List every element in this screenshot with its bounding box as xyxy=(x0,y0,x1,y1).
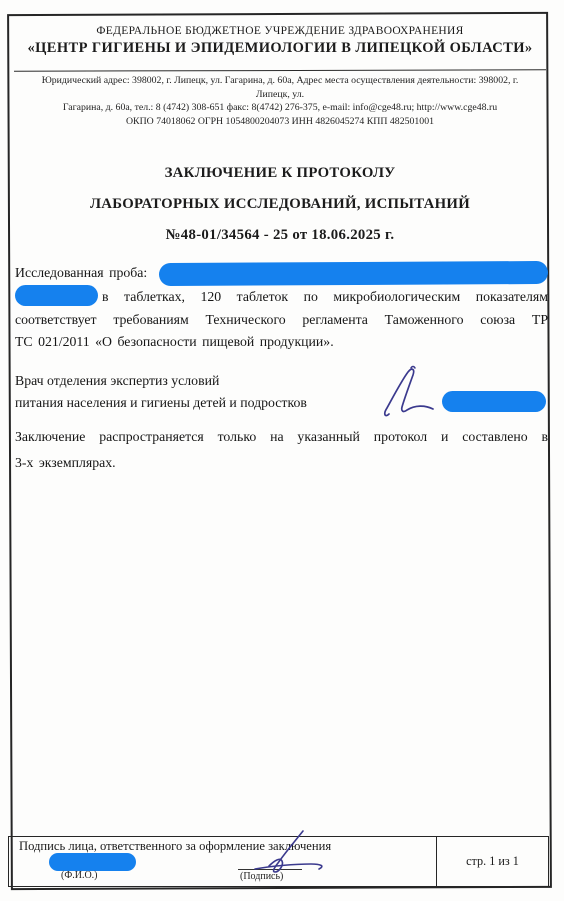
org-type-line: ФЕДЕРАЛЬНОЕ БЮДЖЕТНОЕ УЧРЕЖДЕНИЕ ЗДРАВОО… xyxy=(40,25,520,37)
doctor-paragraph: Врач отделения экспертиз условий питания… xyxy=(15,370,548,414)
sample-line-3: соответствует требованиям Технического р… xyxy=(15,309,548,332)
org-name-line: «ЦЕНТР ГИГИЕНЫ И ЭПИДЕМИОЛОГИИ В ЛИПЕЦКО… xyxy=(26,40,534,57)
title-line-2: ЛАБОРАТОРНЫХ ИССЛЕДОВАНИЙ, ИСПЫТАНИЙ xyxy=(40,189,520,220)
redaction-bar xyxy=(442,391,546,412)
document-title: ЗАКЛЮЧЕНИЕ К ПРОТОКОЛУ ЛАБОРАТОРНЫХ ИССЛ… xyxy=(40,158,520,251)
signature-mark xyxy=(247,823,331,883)
header-divider xyxy=(14,69,546,71)
address-line-2: Гагарина, д. 60а, тел.: 8 (4742) 308-651… xyxy=(24,101,536,115)
sample-line-2: в таблетках, 120 таблеток по микробиолог… xyxy=(15,285,548,309)
scanned-document-page: { "colors": { "redaction_blue": "#1581ee… xyxy=(0,0,564,901)
footer-signature-table: Подпись лица, ответственного за оформлен… xyxy=(8,836,549,887)
signature-mark xyxy=(377,362,439,424)
sample-line-1: Исследованная проба: xyxy=(15,262,548,285)
page-number: стр. 1 из 1 xyxy=(437,837,548,886)
sample-label: Исследованная проба: xyxy=(15,262,147,285)
address-block: Юридический адрес: 398002, г. Липецк, ул… xyxy=(24,74,536,128)
sample-paragraph: Исследованная проба: в таблетках, 120 та… xyxy=(15,262,548,354)
scope-paragraph: Заключение распространяется только на ук… xyxy=(15,424,548,476)
signature-cell: Подпись лица, ответственного за оформлен… xyxy=(9,837,437,886)
scope-line-2: 3-х экземплярах. xyxy=(15,450,548,476)
scope-line-1: Заключение распространяется только на ук… xyxy=(15,424,548,450)
sample-line-2-text: в таблетках, 120 таблеток по микробиолог… xyxy=(102,289,548,304)
title-protocol-number: №48-01/34564 - 25 от 18.06.2025 г. xyxy=(40,220,520,251)
title-line-1: ЗАКЛЮЧЕНИЕ К ПРОТОКОЛУ xyxy=(40,158,520,189)
redaction-bar xyxy=(49,853,136,871)
redaction-bar xyxy=(159,261,548,286)
sample-line-4: ТС 021/2011 «О безопасности пищевой прод… xyxy=(15,331,548,354)
address-line-1: Юридический адрес: 398002, г. Липецк, ул… xyxy=(24,74,536,101)
fio-caption: (Ф.И.О.) xyxy=(61,870,98,881)
address-line-3: ОКПО 74018062 ОГРН 1054800204073 ИНН 482… xyxy=(24,115,536,129)
doctor-line-1: Врач отделения экспертиз условий xyxy=(15,370,548,392)
redaction-bar xyxy=(15,285,98,306)
